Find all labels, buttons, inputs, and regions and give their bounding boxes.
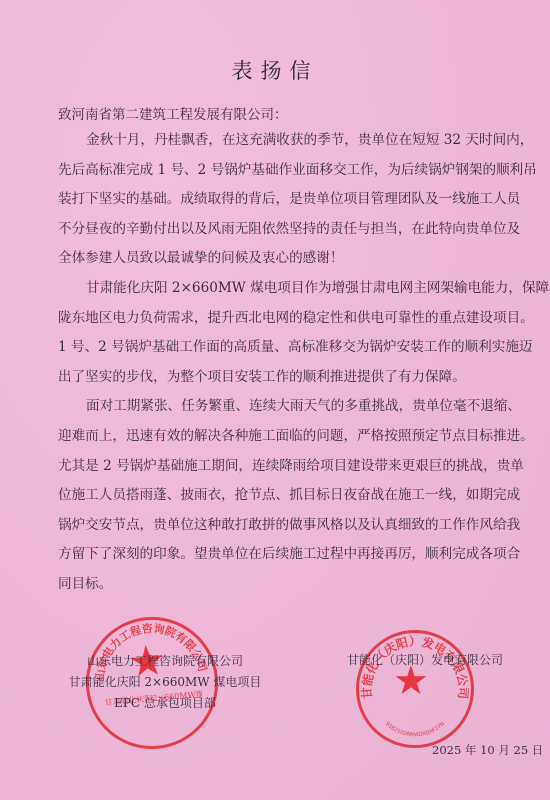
- text-line: 位施工人员搭雨蓬、披雨衣，抢节点、抓目标日夜奋战在施工一线，如期完成: [58, 481, 502, 511]
- text-line: 迎难而上，迅速有效的解决各种施工面临的问题，严格按照预定节点目标推进。: [58, 422, 502, 452]
- text-line: 面对工期紧张、任务繁重、连续大雨天气的多重挑战，贵单位毫不退缩、: [58, 392, 502, 422]
- signatory-department: EPC 总承包项目部: [55, 693, 275, 714]
- text-line: 锅炉交安节点，贵单位这种敢打敢拼的做事风格以及认真细致的工作作风给我: [58, 511, 502, 541]
- signature-left: 山东电力工程咨询院有限公司 甘肃能化庆阳 2×660MW 煤电项目 EPC 总承…: [55, 651, 275, 714]
- official-seal-right: 甘能化（庆阳）发电有限公司 91621026MADX0AF27N ★: [356, 630, 474, 748]
- letter-body: 金秋十月，丹桂飘香，在这充满收获的季节，贵单位在短短 32 天时间内， 先后高标…: [58, 126, 502, 600]
- text-line: 陇东地区电力负荷需求，提升西北电网的稳定性和供电可靠性的重点建设项目。: [58, 304, 502, 334]
- text-line: 甘肃能化庆阳 2×660MW 煤电项目作为增强甘肃电网主网架输电能力，保障: [58, 274, 502, 304]
- paragraph-1: 金秋十月，丹桂飘香，在这充满收获的季节，贵单位在短短 32 天时间内， 先后高标…: [58, 126, 502, 274]
- text-line: 出了坚实的步伐，为整个项目安装工作的顺利推进提供了有力保障。: [58, 363, 502, 393]
- signatory-company: 甘能化（庆阳）发电有限公司: [325, 651, 525, 668]
- text-line: 尤其是 2 号锅炉基础施工期间，连续降雨给项目建设带来更艰巨的挑战，贵单: [58, 452, 502, 482]
- text-line: 装打下坚实的基础。成绩取得的背后，是贵单位项目管理团队及一线施工人员: [58, 185, 502, 215]
- signatory-company: 山东电力工程咨询院有限公司: [55, 651, 275, 672]
- salutation: 致河南省第二建筑工程发展有限公司：: [58, 103, 288, 123]
- seal-code-text: 91621026MADX0AF27N: [384, 721, 446, 738]
- paragraph-2: 甘肃能化庆阳 2×660MW 煤电项目作为增强甘肃电网主网架输电能力，保障 陇东…: [58, 274, 502, 392]
- text-line: 全体参建人员致以最诚挚的问候及衷心的感谢！: [58, 244, 502, 274]
- signatory-project: 甘肃能化庆阳 2×660MW 煤电项目: [55, 672, 275, 693]
- text-line: 1 号、2 号锅炉基础工作面的高质量、高标准移交为锅炉安装工作的顺利实施迈: [58, 333, 502, 363]
- text-line: 不分昼夜的辛勤付出以及风雨无阻依然坚持的责任与担当，在此特向贵单位及: [58, 215, 502, 245]
- text-line: 方留下了深刻的印象。望贵单位在后续施工过程中再接再厉，顺利完成各项合: [58, 540, 502, 570]
- text-line: 金秋十月，丹桂飘香，在这充满收获的季节，贵单位在短短 32 天时间内，: [58, 126, 502, 156]
- paragraph-3: 面对工期紧张、任务繁重、连续大雨天气的多重挑战，贵单位毫不退缩、 迎难而上，迅速…: [58, 392, 502, 599]
- letter-page: 表扬信 致河南省第二建筑工程发展有限公司： 金秋十月，丹桂飘香，在这充满收获的季…: [0, 0, 550, 800]
- letter-title: 表扬信: [0, 55, 550, 85]
- text-line: 先后高标准完成 1 号、2 号锅炉基础作业面移交工作，为后续锅炉钢架的顺利吊: [58, 156, 502, 186]
- text-line: 同目标。: [58, 570, 502, 600]
- svg-text:91621026MADX0AF27N: 91621026MADX0AF27N: [384, 721, 446, 738]
- letter-date: 2025 年 10 月 25 日: [432, 742, 543, 758]
- signature-right: 甘能化（庆阳）发电有限公司: [325, 651, 525, 668]
